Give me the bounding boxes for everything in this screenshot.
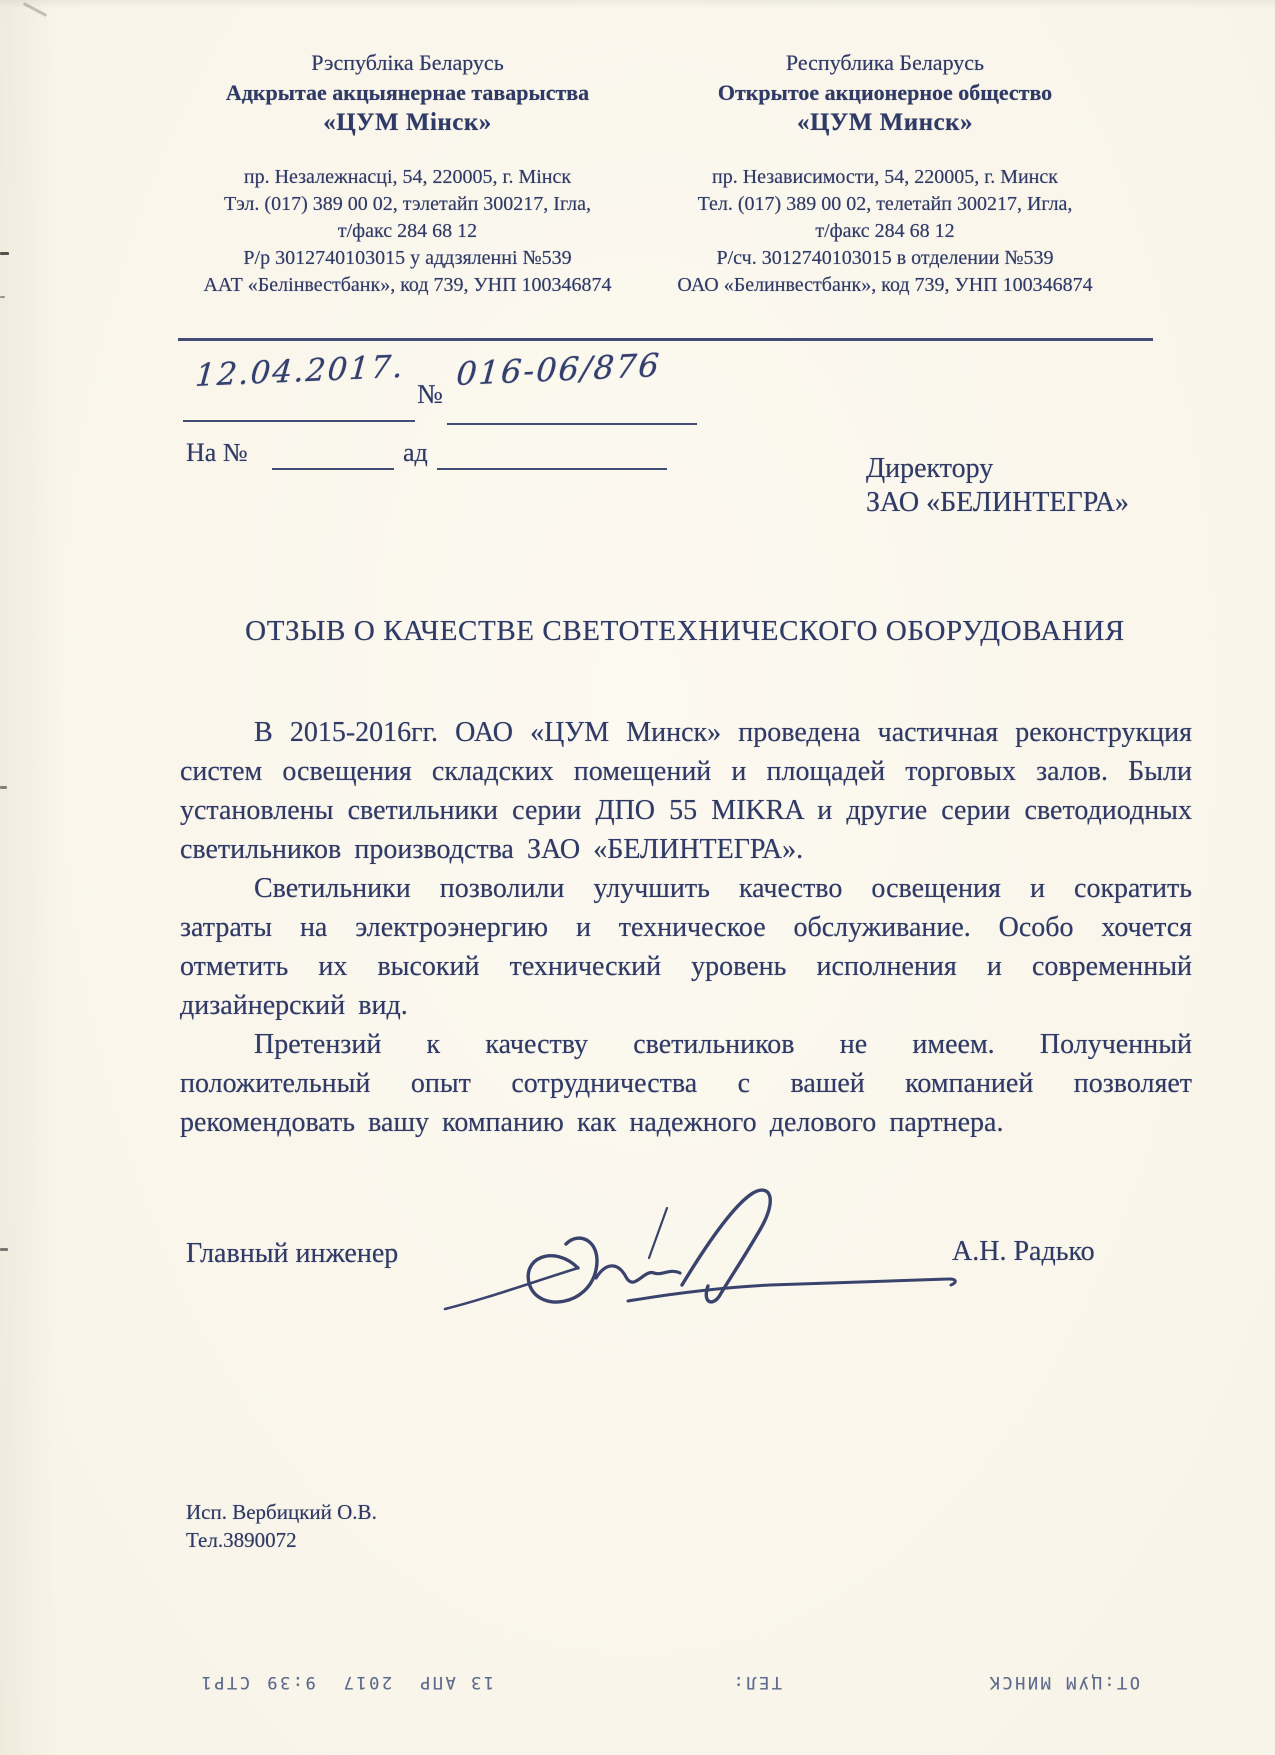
scan-artifact	[23, 2, 47, 17]
addressee-role: Директору	[866, 452, 1129, 486]
scan-artifact	[0, 296, 5, 298]
number-sign-label: №	[417, 379, 443, 410]
header-divider-rule	[178, 338, 1153, 341]
address-line: Р/р 3012740103015 у аддзяленні №539	[175, 245, 640, 272]
address-line: ААТ «Белінвестбанк», код 739, УНП 100346…	[175, 272, 640, 299]
address-line: пр. Незалежнасці, 54, 220005, г. Мінск	[175, 164, 640, 191]
executor-phone-line: Тел.3890072	[186, 1526, 377, 1554]
address-line: пр. Независимости, 54, 220005, г. Минск	[645, 164, 1125, 191]
fax-tel-label: ТЕЛ:	[731, 1672, 782, 1692]
fax-datetime: 13 АПР 2017 9:39	[265, 1672, 494, 1692]
addressee-block: Директору ЗАО «БЕЛИНТЕГРА»	[866, 452, 1129, 520]
country-line: Рэспубліка Беларусь	[175, 48, 640, 78]
signature-role-label: Главный инженер	[186, 1238, 398, 1270]
fax-from: ОТ:ЦУМ МИНСК	[987, 1672, 1140, 1692]
address-line: Тел. (017) 389 00 02, телетайп 300217, И…	[645, 191, 1125, 218]
address-block: пр. Незалежнасці, 54, 220005, г. Мінск Т…	[175, 164, 640, 299]
reply-ad-label: ад	[403, 438, 428, 468]
scan-artifact	[0, 252, 9, 255]
country-line: Республика Беларусь	[645, 48, 1125, 78]
letter-body: В 2015-2016гг. ОАО «ЦУМ Минск» проведена…	[180, 713, 1192, 1142]
address-block: пр. Независимости, 54, 220005, г. Минск …	[645, 164, 1125, 299]
address-line: Тэл. (017) 389 00 02, тэлетайп 300217, І…	[175, 191, 640, 218]
scan-artifact	[0, 786, 7, 789]
signature-autograph	[430, 1182, 975, 1332]
scan-artifact	[0, 1248, 8, 1251]
reply-number-label: На №	[186, 438, 248, 468]
body-paragraph: Светильники позволили улучшить качество …	[180, 869, 1192, 1025]
handwritten-date: 12.04.2017.	[194, 349, 406, 394]
org-type-line: Адкрытае акцыянернае таварыства	[175, 78, 640, 108]
address-line: Р/сч. 3012740103015 в отделении №539	[645, 245, 1125, 272]
handwritten-number: 016-06/876	[455, 346, 662, 393]
fax-header-line: ОТ:ЦУМ МИНСК ТЕЛ: 13 АПР 2017 9:39 СТР1	[0, 1660, 1275, 1700]
address-line: т/факс 284 68 12	[645, 218, 1125, 245]
reply-ad-underline	[437, 468, 667, 470]
letter-title: ОТЗЫВ О КАЧЕСТВЕ СВЕТОТЕХНИЧЕСКОГО ОБОРУ…	[180, 615, 1190, 648]
body-paragraph: В 2015-2016гг. ОАО «ЦУМ Минск» проведена…	[180, 713, 1192, 869]
body-paragraph: Претензий к качеству светильников не име…	[180, 1025, 1192, 1142]
org-name-line: «ЦУМ Минск»	[645, 108, 1125, 138]
org-type-line: Открытое акционерное общество	[645, 78, 1125, 108]
address-line: ОАО «Белинвестбанк», код 739, УНП 100346…	[645, 272, 1125, 299]
letterhead-russian: Республика Беларусь Открытое акционерное…	[645, 48, 1125, 299]
executor-block: Исп. Вербицкий О.В. Тел.3890072	[186, 1498, 377, 1554]
address-line: т/факс 284 68 12	[175, 218, 640, 245]
letterhead-belarusian: Рэспубліка Беларусь Адкрытае акцыянернае…	[175, 48, 640, 299]
reply-number-underline	[272, 468, 394, 470]
date-underline	[183, 420, 415, 422]
org-name-line: «ЦУМ Мінск»	[175, 108, 640, 138]
addressee-company: ЗАО «БЕЛИНТЕГРА»	[866, 486, 1129, 520]
executor-line: Исп. Вербицкий О.В.	[186, 1498, 377, 1526]
signatory-name: А.Н. Радько	[952, 1236, 1095, 1268]
fax-page-number: СТР1	[199, 1672, 250, 1692]
number-underline	[447, 423, 697, 425]
scanned-letter-page: Рэспубліка Беларусь Адкрытае акцыянернае…	[0, 0, 1275, 1755]
